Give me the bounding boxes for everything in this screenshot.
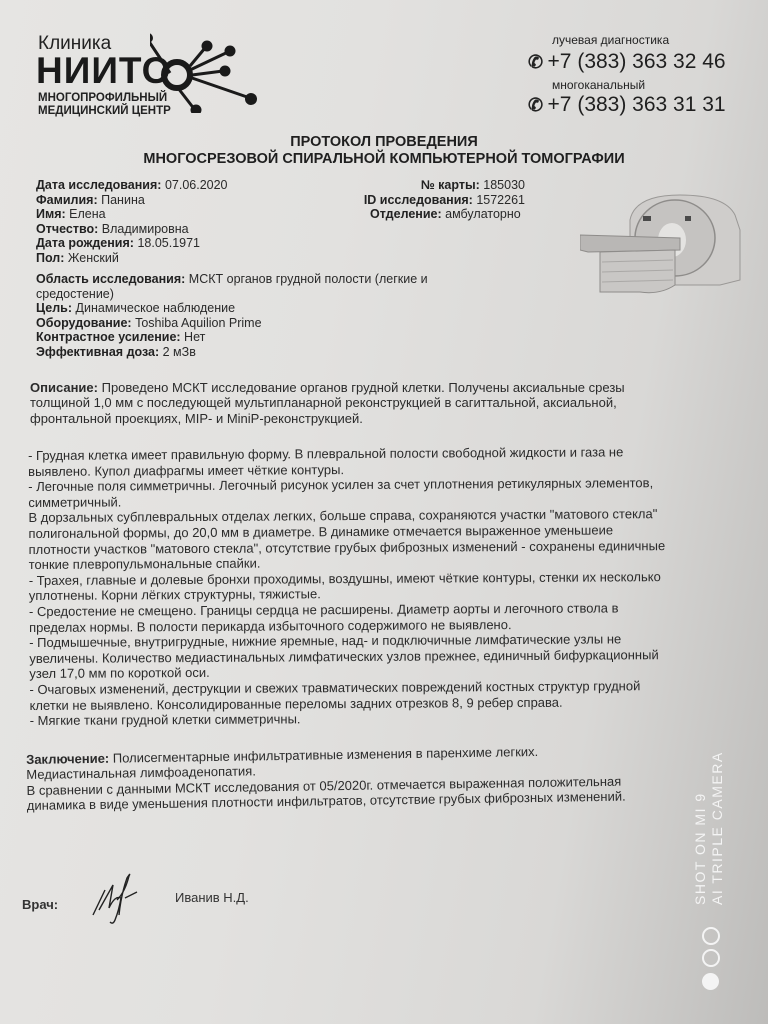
field-patronymic: Отчество: Владимировна [36,222,228,237]
study-info: Область исследования: МСКТ органов грудн… [36,272,428,360]
phone-number-radiology[interactable]: +7 (383) 363 32 46 [548,50,726,73]
contact-radiology: ✆ +7 (383) 363 32 46 [528,50,726,74]
label: Цель: [36,301,72,315]
label: Отделение: [370,207,442,221]
value: МСКТ органов грудной полости (легкие и [189,272,428,286]
label: Имя: [36,207,66,221]
signature-label: Врач: [22,897,58,912]
value: амбулаторно [445,207,521,221]
finding-line: - Мягкие ткани грудной клетки симметричн… [30,709,667,728]
label: Дата рождения: [36,236,134,250]
field-dose: Эффективная доза: 2 мЗв [36,345,428,360]
watermark-ring-icon [702,949,720,967]
field-goal: Цель: Динамическое наблюдение [36,301,428,316]
field-equipment: Оборудование: Toshiba Aquilion Prime [36,316,428,331]
findings: - Грудная клетка имеет правильную форму.… [28,444,666,729]
field-department: Отделение: амбулаторно [370,207,521,222]
description: Описание: Проведено МСКТ исследование ор… [30,380,625,426]
label: Отчество: [36,222,98,236]
conclusion-label: Заключение: [26,751,109,767]
field-study-date: Дата исследования: 07.06.2020 [36,178,228,193]
label: Область исследования: [36,272,185,286]
watermark-line1: SHOT ON MI 9 [692,751,709,905]
field-study-id: ID исследования: 1572261 [340,193,525,208]
value: 2 мЗв [163,345,196,359]
field-area-cont: средостение) [36,287,428,302]
value: 1572261 [476,193,525,207]
phone-icon: ✆ [528,95,543,115]
label: № карты: [421,178,480,192]
value: Toshiba Aquilion Prime [135,316,261,330]
conclusion: Заключение: Полисегментарные инфильтрати… [26,743,626,814]
label: Контрастное усиление: [36,330,181,344]
field-last-name: Фамилия: Панина [36,193,228,208]
label: Оборудование: [36,316,132,330]
document-title-line1: ПРОТОКОЛ ПРОВЕДЕНИЯ [0,134,768,150]
ct-scanner-image [580,190,760,300]
value: Женский [68,251,119,265]
contact-label-radiology: лучевая диагностика [552,33,669,47]
field-area: Область исследования: МСКТ органов грудн… [36,272,428,287]
text: Проведено МСКТ исследование органов груд… [102,380,625,395]
value: Динамическое наблюдение [76,301,236,315]
field-first-name: Имя: Елена [36,207,228,222]
field-birth-date: Дата рождения: 18.05.1971 [36,236,228,251]
value: 18.05.1971 [137,236,200,250]
description-line: толщиной 1,0 мм с последующей мультиплан… [30,395,625,410]
signature-icon [85,870,145,930]
patient-info: Дата исследования: 07.06.2020 Фамилия: П… [36,178,228,266]
field-sex: Пол: Женский [36,251,228,266]
phone-number-multichannel[interactable]: +7 (383) 363 31 31 [548,93,726,116]
value: Елена [69,207,105,221]
label: Эффективная доза: [36,345,159,359]
label: Фамилия: [36,193,98,207]
description-label: Описание: [30,380,98,395]
label: Дата исследования: [36,178,161,192]
value: Владимировна [102,222,189,236]
label: ID исследования: [364,193,473,207]
card-info: № карты: 185030 ID исследования: 1572261 [340,178,525,207]
value: 07.06.2020 [165,178,228,192]
value: Панина [101,193,145,207]
watermark-text: SHOT ON MI 9 AI TRIPLE CAMERA [692,751,726,905]
camera-watermark: SHOT ON MI 9 AI TRIPLE CAMERA [692,755,742,1015]
field-contrast: Контрастное усиление: Нет [36,330,428,345]
logo-network-icon [150,28,260,113]
description-line: Описание: Проведено МСКТ исследование ор… [30,380,625,395]
value: 185030 [483,178,525,192]
document-title-line2: МНОГОСРЕЗОВОЙ СПИРАЛЬНОЙ КОМПЬЮТЕРНОЙ ТО… [0,151,768,167]
field-card-no: № карты: 185030 [340,178,525,193]
label: Пол: [36,251,64,265]
value: Нет [184,330,205,344]
watermark-line2: AI TRIPLE CAMERA [709,751,726,905]
description-line: фронтальной проекциях, MIP- и MiniP-реко… [30,411,625,426]
doctor-name: Иванив Н.Д. [175,890,249,905]
watermark-ring-icon [702,927,720,945]
contact-label-multichannel: многоканальный [552,78,645,92]
phone-icon: ✆ [528,52,543,72]
watermark-dot-icon [702,973,719,990]
contact-multichannel: ✆ +7 (383) 363 31 31 [528,93,726,117]
